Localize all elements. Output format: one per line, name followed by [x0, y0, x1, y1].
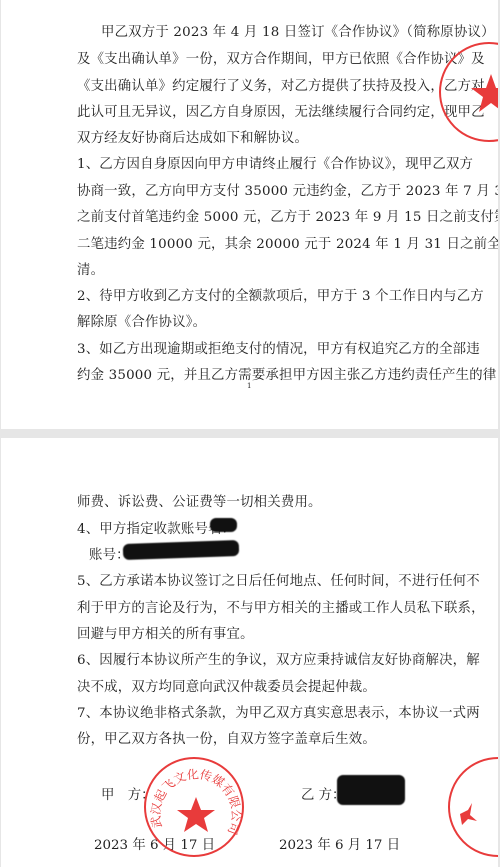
clause-1-line: 1、乙方因自身原因向甲方申请终止履行《合作协议》，现甲乙双方 — [77, 153, 473, 172]
company-seal-partial — [439, 42, 498, 142]
document-page-2: 师费、诉讼费、公证费等一切相关费用。 4、甲方指定收款账号名： 账号： 5、乙方… — [1, 438, 498, 867]
clause-7-line: 7、本协议绝非格式条款，为甲乙双方真实意思表示，本协议一式两 — [77, 702, 480, 721]
clause-1-line: 清。 — [77, 259, 104, 278]
page-number: 1 — [247, 382, 251, 390]
clause-5-line: 利于甲方的言论及行为，不与甲方相关的主播或工作人员私下联系， — [77, 597, 485, 616]
clause-1-line: 二笔违约金 10000 元，其余 20000 元于 2024 年 1 月 31 … — [77, 233, 498, 252]
seal-star-icon — [177, 797, 215, 832]
redacted-account-number — [123, 540, 239, 560]
paragraph-line: 及《支出确认单》一份，双方合作期间，甲方已依照《合作协议》及 — [77, 48, 485, 67]
paragraph-line: 此认可且无异议，因乙方自身原因，无法继续履行合同约定，现甲乙 — [77, 101, 485, 120]
clause-5-line: 回避与甲方相关的所有事宜。 — [77, 623, 254, 642]
clause-2-line: 2、待甲方收到乙方支付的全额款项后，甲方于 3 个工作日内与乙方 — [77, 285, 484, 304]
redacted-account-name — [210, 518, 237, 532]
clause-6-line: 决不成，双方均同意向武汉仲裁委员会提起仲裁。 — [77, 676, 376, 695]
redacted-party-b-signature — [337, 775, 405, 805]
clause-3-line: 师费、诉讼费、公证费等一切相关费用。 — [77, 491, 322, 510]
clause-6-line: 6、因履行本协议所产生的争议，双方应秉持诚信友好协商解决，解 — [77, 649, 480, 668]
party-a-company-seal: 武汉起飞文化传媒有限公司 — [144, 757, 244, 857]
clause-5-line: 5、乙方承诺本协议签订之日后任何地点、任何时间，不进行任何不 — [77, 570, 480, 589]
clause-3-line: 约金 35000 元，并且乙方需要承担甲方因主张乙方违约责任产生的律 — [77, 364, 496, 383]
clause-7-line: 份，甲乙双方各执一份，自双方签字盖章后生效。 — [77, 728, 376, 747]
clause-1-line: 之前支付首笔违约金 5000 元，乙方于 2023 年 9 月 15 日之前支付… — [77, 206, 498, 225]
paragraph-line: 甲乙双方于 2023 年 4 月 18 日签订《合作协议》（简称原协议） — [101, 21, 495, 40]
clause-1-line: 协商一致，乙方向甲方支付 35000 元违约金，乙方于 2023 年 7 月 3… — [77, 180, 498, 199]
paragraph-line: 双方经友好协商后达成如下和解协议。 — [77, 127, 308, 146]
company-seal-partial — [448, 757, 498, 857]
seal-star-icon — [441, 44, 498, 144]
clause-3-line: 3、如乙方出现逾期或拒绝支付的情况，甲方有权追究乙方的全部违 — [77, 338, 480, 357]
party-b-date: 2023 年 6 月 17 日 — [279, 834, 400, 853]
clause-2-line: 解除原《合作协议》。 — [77, 311, 206, 330]
paragraph-line: 《支出确认单》约定履行了义务，对乙方提供了扶持及投入，乙方对 — [77, 75, 485, 94]
document-page-1: 甲乙双方于 2023 年 4 月 18 日签订《合作协议》（简称原协议） 及《支… — [1, 0, 498, 429]
seal-star-icon — [460, 803, 477, 825]
